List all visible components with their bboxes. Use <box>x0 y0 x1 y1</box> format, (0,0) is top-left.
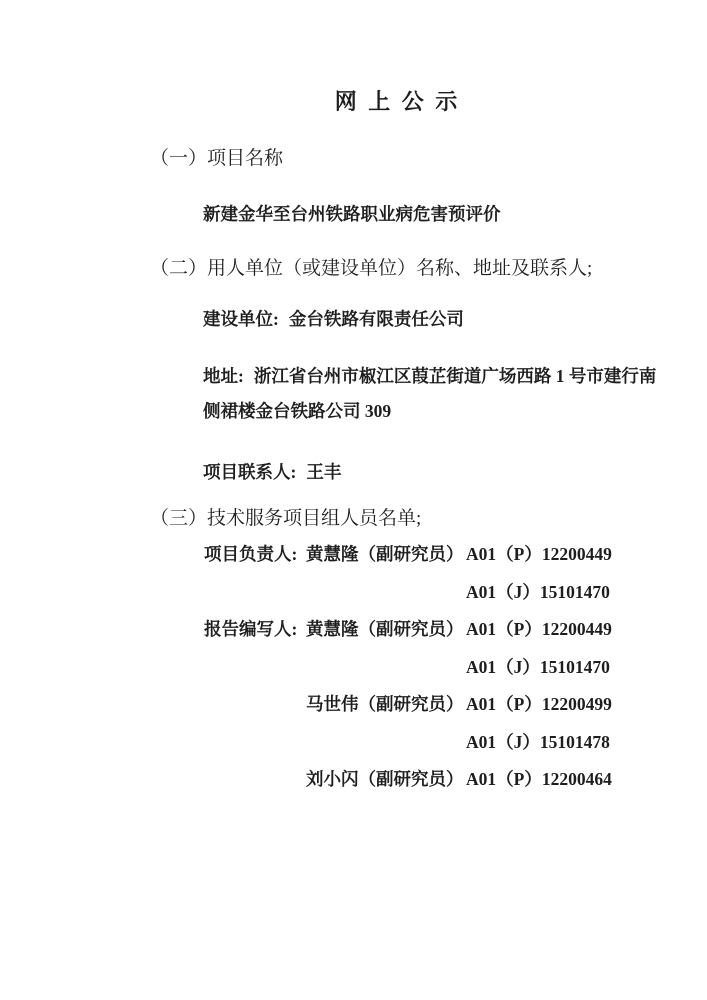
personnel-name <box>306 574 466 612</box>
personnel-role-label: 报告编写人: <box>204 611 306 649</box>
personnel-role-label <box>204 686 306 724</box>
construction-unit-value: 金台铁路有限责任公司 <box>289 309 464 329</box>
personnel-row: 项目负责人: 黄慧隆（副研究员） A01（P）12200449 <box>204 536 612 574</box>
personnel-name: 马世伟（副研究员） <box>306 686 466 724</box>
personnel-cert-number: A01（J）15101478 <box>466 724 612 762</box>
project-name: 新建金华至台州铁路职业病危害预评价 <box>203 204 501 224</box>
address-label: 地址: <box>203 366 244 386</box>
address-line-2: 侧裙楼金台铁路公司 309 <box>203 401 391 421</box>
construction-unit-label: 建设单位: <box>203 309 279 329</box>
personnel-row: A01（J）15101470 <box>204 574 612 612</box>
personnel-row: A01（J）15101470 <box>204 649 612 687</box>
section2-heading: （二）用人单位（或建设单位）名称、地址及联系人; <box>150 259 592 280</box>
personnel-name: 黄慧隆（副研究员） <box>306 611 466 649</box>
personnel-cert-number: A01（P）12200449 <box>466 611 612 649</box>
personnel-role-label <box>204 649 306 687</box>
personnel-role-label <box>204 761 306 799</box>
document-page: 网 上 公 示 （一）项目名称 新建金华至台州铁路职业病危害预评价 （二）用人单… <box>0 0 707 1000</box>
personnel-role-label <box>204 574 306 612</box>
personnel-table: 项目负责人: 黄慧隆（副研究员） A01（P）12200449 A01（J）15… <box>204 536 612 799</box>
personnel-cert-number: A01（J）15101470 <box>466 574 612 612</box>
section1-heading: （一）项目名称 <box>150 149 283 170</box>
construction-unit-line: 建设单位:金台铁路有限责任公司 <box>203 309 464 329</box>
personnel-row: 刘小闪（副研究员） A01（P）12200464 <box>204 761 612 799</box>
personnel-row: 马世伟（副研究员） A01（P）12200499 <box>204 686 612 724</box>
personnel-cert-number: A01（P）12200499 <box>466 686 612 724</box>
personnel-name: 刘小闪（副研究员） <box>306 761 466 799</box>
contact-value: 王丰 <box>306 462 341 482</box>
contact-line: 项目联系人:王丰 <box>203 462 341 482</box>
address-line-1: 地址:浙江省台州市椒江区葭芷街道广场西路 1 号市建行南 <box>203 366 656 386</box>
address-value-line1: 浙江省台州市椒江区葭芷街道广场西路 1 号市建行南 <box>254 366 657 386</box>
personnel-name <box>306 649 466 687</box>
personnel-row: 报告编写人: 黄慧隆（副研究员） A01（P）12200449 <box>204 611 612 649</box>
personnel-name: 黄慧隆（副研究员） <box>306 536 466 574</box>
personnel-cert-number: A01（J）15101470 <box>466 649 612 687</box>
personnel-role-label <box>204 724 306 762</box>
personnel-cert-number: A01（P）12200449 <box>466 536 612 574</box>
personnel-cert-number: A01（P）12200464 <box>466 761 612 799</box>
section3-heading: （三）技术服务项目组人员名单; <box>150 509 421 530</box>
contact-label: 项目联系人: <box>203 462 296 482</box>
personnel-name <box>306 724 466 762</box>
document-title: 网 上 公 示 <box>150 90 645 114</box>
personnel-role-label: 项目负责人: <box>204 536 306 574</box>
personnel-row: A01（J）15101478 <box>204 724 612 762</box>
